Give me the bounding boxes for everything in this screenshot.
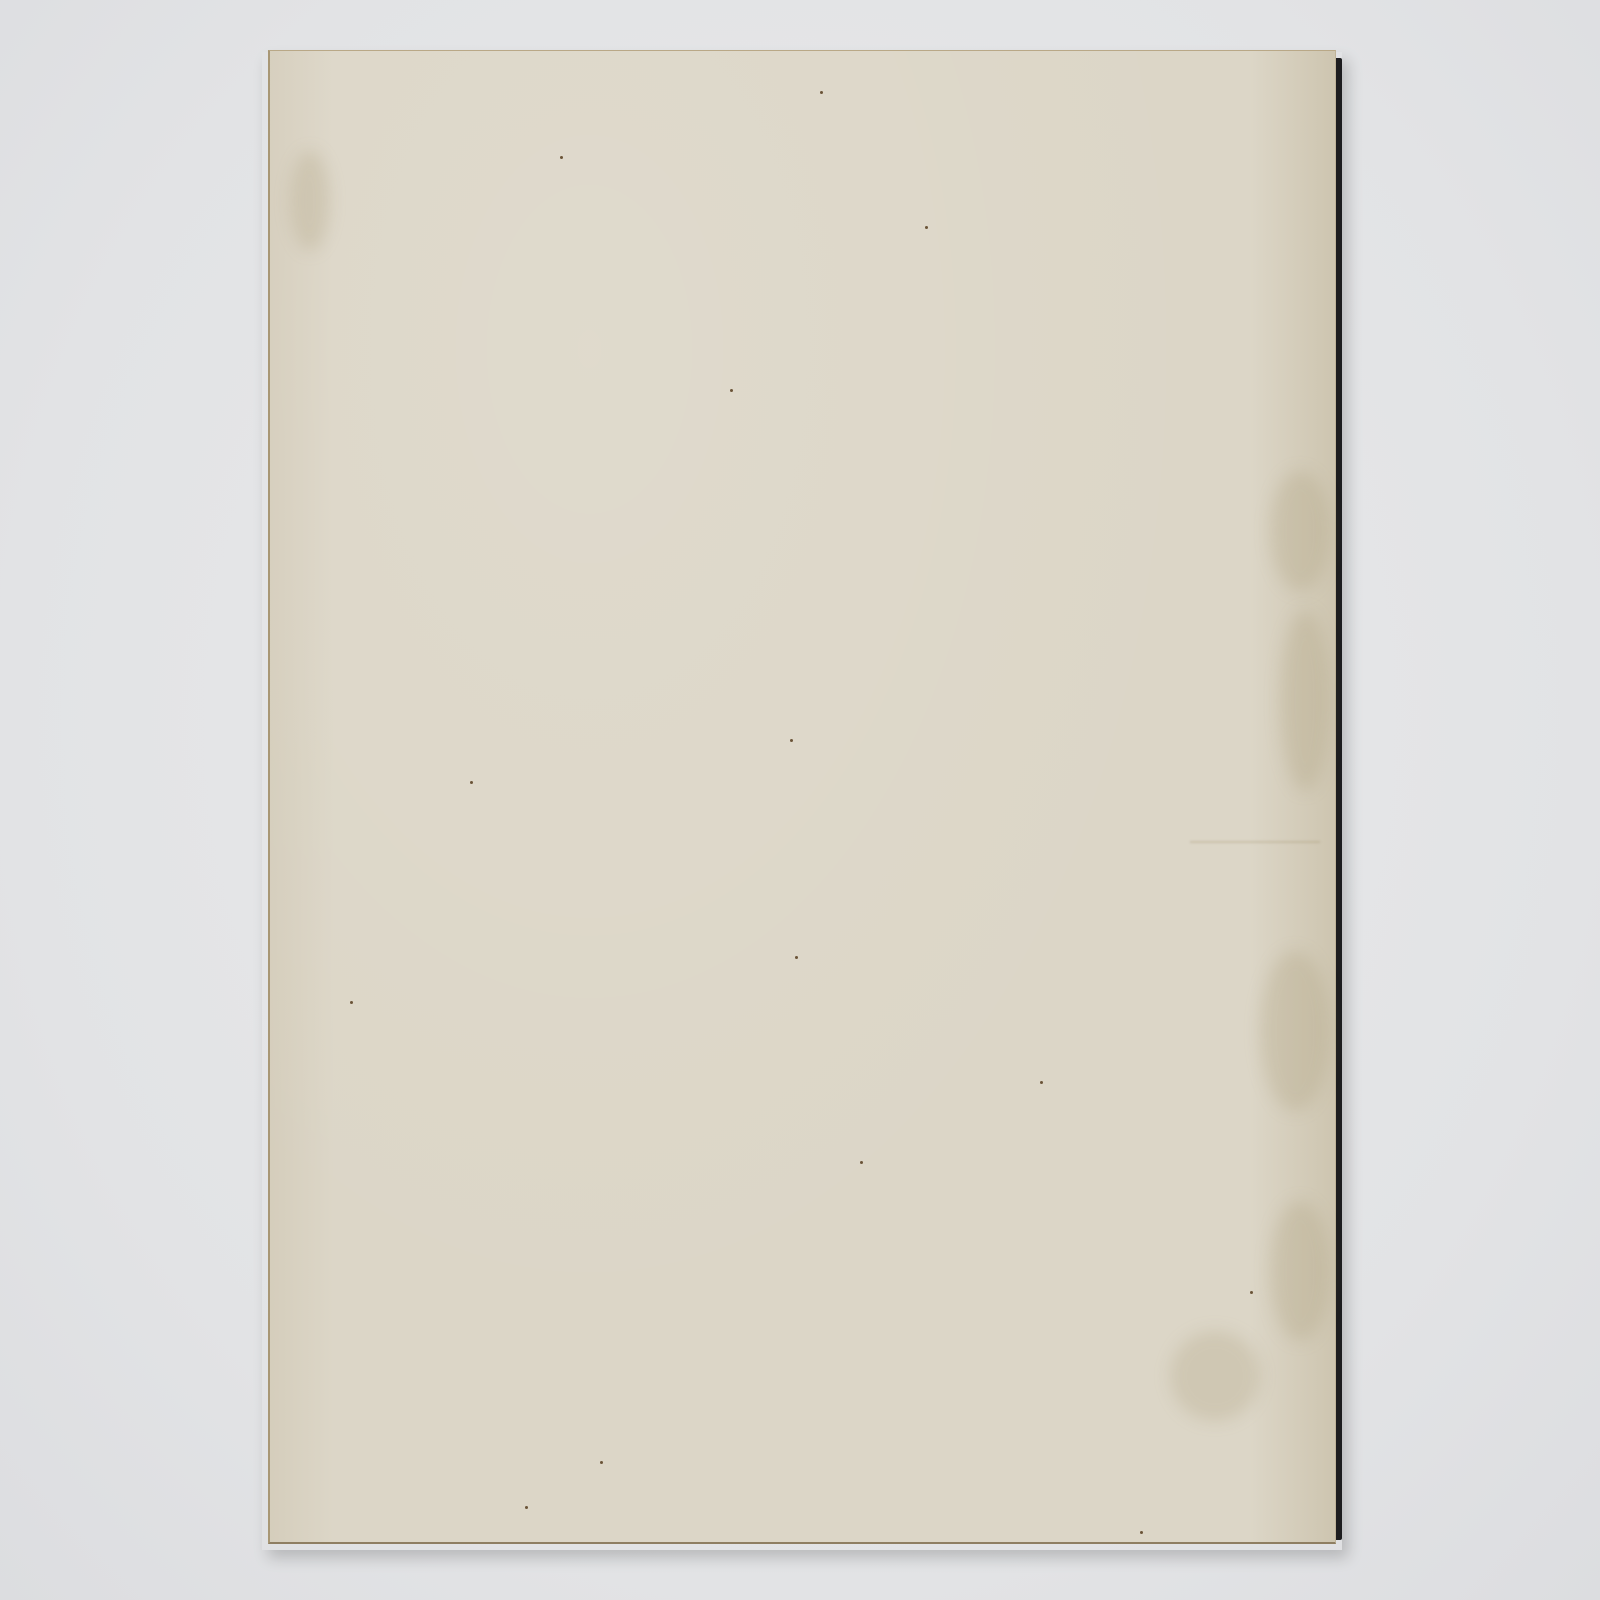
booklet-cover [268, 50, 1336, 1544]
foxing-speck [820, 91, 823, 94]
paper-crease [1190, 841, 1320, 843]
edge-stain [1280, 611, 1330, 791]
foxing-speck [860, 1161, 863, 1164]
foxing-speck [925, 226, 928, 229]
foxing-speck [1040, 1081, 1043, 1084]
edge-stain [1260, 951, 1330, 1111]
foxing-speck [560, 156, 563, 159]
foxing-speck [790, 739, 793, 742]
foxing-speck [525, 1506, 528, 1509]
foxing-speck [1250, 1291, 1253, 1294]
edge-stain [1270, 1201, 1330, 1341]
edge-stain [290, 151, 330, 251]
foxing-speck [470, 781, 473, 784]
foxing-speck [795, 956, 798, 959]
foxing-speck [350, 1001, 353, 1004]
foxing-speck [1140, 1531, 1143, 1534]
corner-stain [1170, 1331, 1260, 1421]
foxing-speck [600, 1461, 603, 1464]
foxing-speck [730, 389, 733, 392]
edge-stain [1270, 471, 1330, 591]
